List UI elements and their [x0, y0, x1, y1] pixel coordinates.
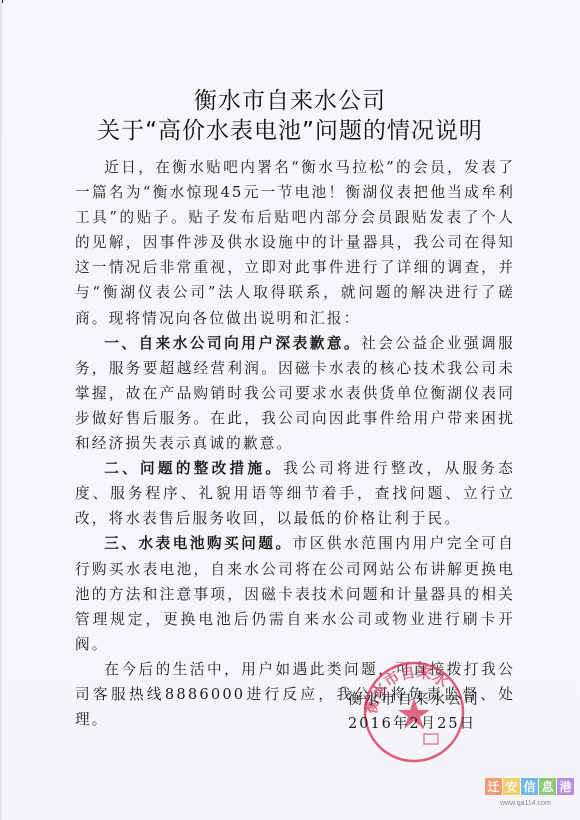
paragraph-battery-purchase: 三、水表电池购买问题。市区供水范围内用户完全可自行购买水表电池，自来水公司将在公… [75, 531, 515, 656]
section-heading: 二、问题的整改措施。 [104, 460, 283, 477]
document-title-subject: 关于“高价水表电池”问题的情况说明 [0, 112, 580, 145]
paragraph-intro: 近日，在衡水贴吧内署名“衡水马拉松”的会员，发表了一篇名为“衡水惊现45元一节电… [75, 155, 515, 331]
paragraph-apology: 一、自来水公司向用户深表歉意。社会公益企业强调服务，服务要超越经营利润。因磁卡水… [75, 331, 515, 456]
signature-organization: 衡水市自来水公司 [348, 688, 480, 709]
document-body: 近日，在衡水贴吧内署名“衡水马拉松”的会员，发表了一篇名为“衡水惊现45元一节电… [75, 155, 515, 732]
signature-date: 2016年2月25日 [348, 712, 476, 733]
document-title-organization: 衡水市自来水公司 [0, 82, 580, 115]
paragraph-rectification: 二、问题的整改措施。我公司将进行整改，从服务态度、服务程序、礼貌用语等细节着手，… [75, 456, 515, 531]
watermark-char: 信 [521, 778, 538, 795]
section-heading: 三、水表电池购买问题。 [104, 535, 292, 552]
section-heading: 一、自来水公司向用户深表歉意。 [104, 335, 361, 352]
document-page: 衡水市自来水公司 关于“高价水表电池”问题的情况说明 近日，在衡水贴吧内署名“衡… [0, 0, 580, 820]
watermark-url: www.qa114.com [500, 800, 551, 807]
watermark-char: 迁 [485, 778, 502, 795]
watermark-char: 安 [503, 778, 520, 795]
watermark-char: 息 [539, 778, 556, 795]
watermark-char: 港 [557, 778, 574, 795]
watermark-logo: 迁 安 信 息 港 [485, 778, 574, 795]
